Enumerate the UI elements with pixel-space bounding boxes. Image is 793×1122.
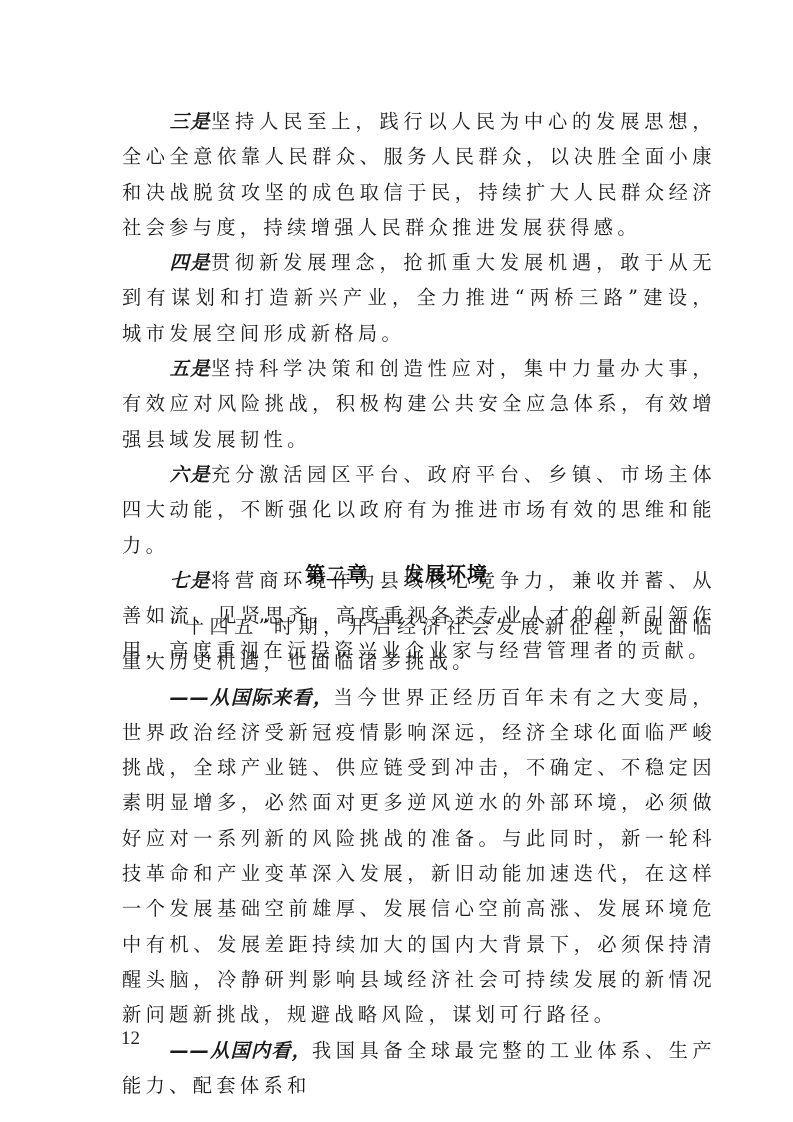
paragraph-text: 当今世界正经历百年未有之大变局，世界政治经济受新冠疫情影响深远，经济全球化面临严… — [122, 686, 716, 1027]
page-number: 12 — [121, 1028, 140, 1050]
paragraph-principle-3: 三是坚持人民至上，践行以人民为中心的发展思想，全心全意依靠人民群众、服务人民群众… — [122, 104, 716, 245]
paragraph-principle-6: 六是充分激活园区平台、政府平台、乡镇、市场主体四大动能，不断强化以政府有为推进市… — [122, 457, 716, 563]
paragraph-lead: 五是 — [170, 357, 211, 380]
paragraph-text: 充分激活园区平台、政府平台、乡镇、市场主体四大动能，不断强化以政府有为推进市场有… — [122, 463, 716, 557]
paragraph-text: 坚持科学决策和创造性应对，集中力量办大事，有效应对风险挑战，积极构建公共安全应急… — [122, 357, 716, 451]
paragraph-lead: 四是 — [170, 251, 211, 274]
paragraph-lead: ——从国内看， — [170, 1039, 312, 1062]
paragraph-principle-4: 四是贯彻新发展理念，抢抓重大发展机遇，敢于从无到有谋划和打造新兴产业，全力推进“… — [122, 245, 716, 351]
document-page: 三是坚持人民至上，践行以人民为中心的发展思想，全心全意依靠人民群众、服务人民群众… — [0, 0, 793, 1122]
paragraph-lead: 六是 — [170, 463, 211, 486]
paragraph-text: “十四五”时期，开启经济社会发展新征程，既面临重大历史机遇，也面临诸多挑战。 — [122, 615, 716, 673]
paragraph-domestic: ——从国内看，我国具备全球最完整的工业体系、生产能力、配套体系和 — [122, 1033, 716, 1104]
paragraph-text: 坚持人民至上，践行以人民为中心的发展思想，全心全意依靠人民群众、服务人民群众，以… — [122, 110, 716, 239]
paragraph-principle-5: 五是坚持科学决策和创造性应对，集中力量办大事，有效应对风险挑战，积极构建公共安全… — [122, 351, 716, 457]
chapter-heading: 第二章发展环境 — [0, 560, 793, 588]
paragraph-text: 贯彻新发展理念，抢抓重大发展机遇，敢于从无到有谋划和打造新兴产业，全力推进“两桥… — [122, 251, 716, 345]
paragraph-lead: 三是 — [170, 110, 211, 133]
paragraph-international: ——从国际来看，当今世界正经历百年未有之大变局，世界政治经济受新冠疫情影响深远，… — [122, 680, 716, 1033]
paragraph-intro: “十四五”时期，开启经济社会发展新征程，既面临重大历史机遇，也面临诸多挑战。 — [122, 609, 716, 680]
chapter-number: 第二章 — [305, 562, 368, 586]
chapter-title-text: 发展环境 — [404, 562, 488, 586]
paragraph-lead: ——从国际来看， — [170, 686, 334, 709]
section-development-environment: “十四五”时期，开启经济社会发展新征程，既面临重大历史机遇，也面临诸多挑战。 —… — [122, 609, 716, 1103]
